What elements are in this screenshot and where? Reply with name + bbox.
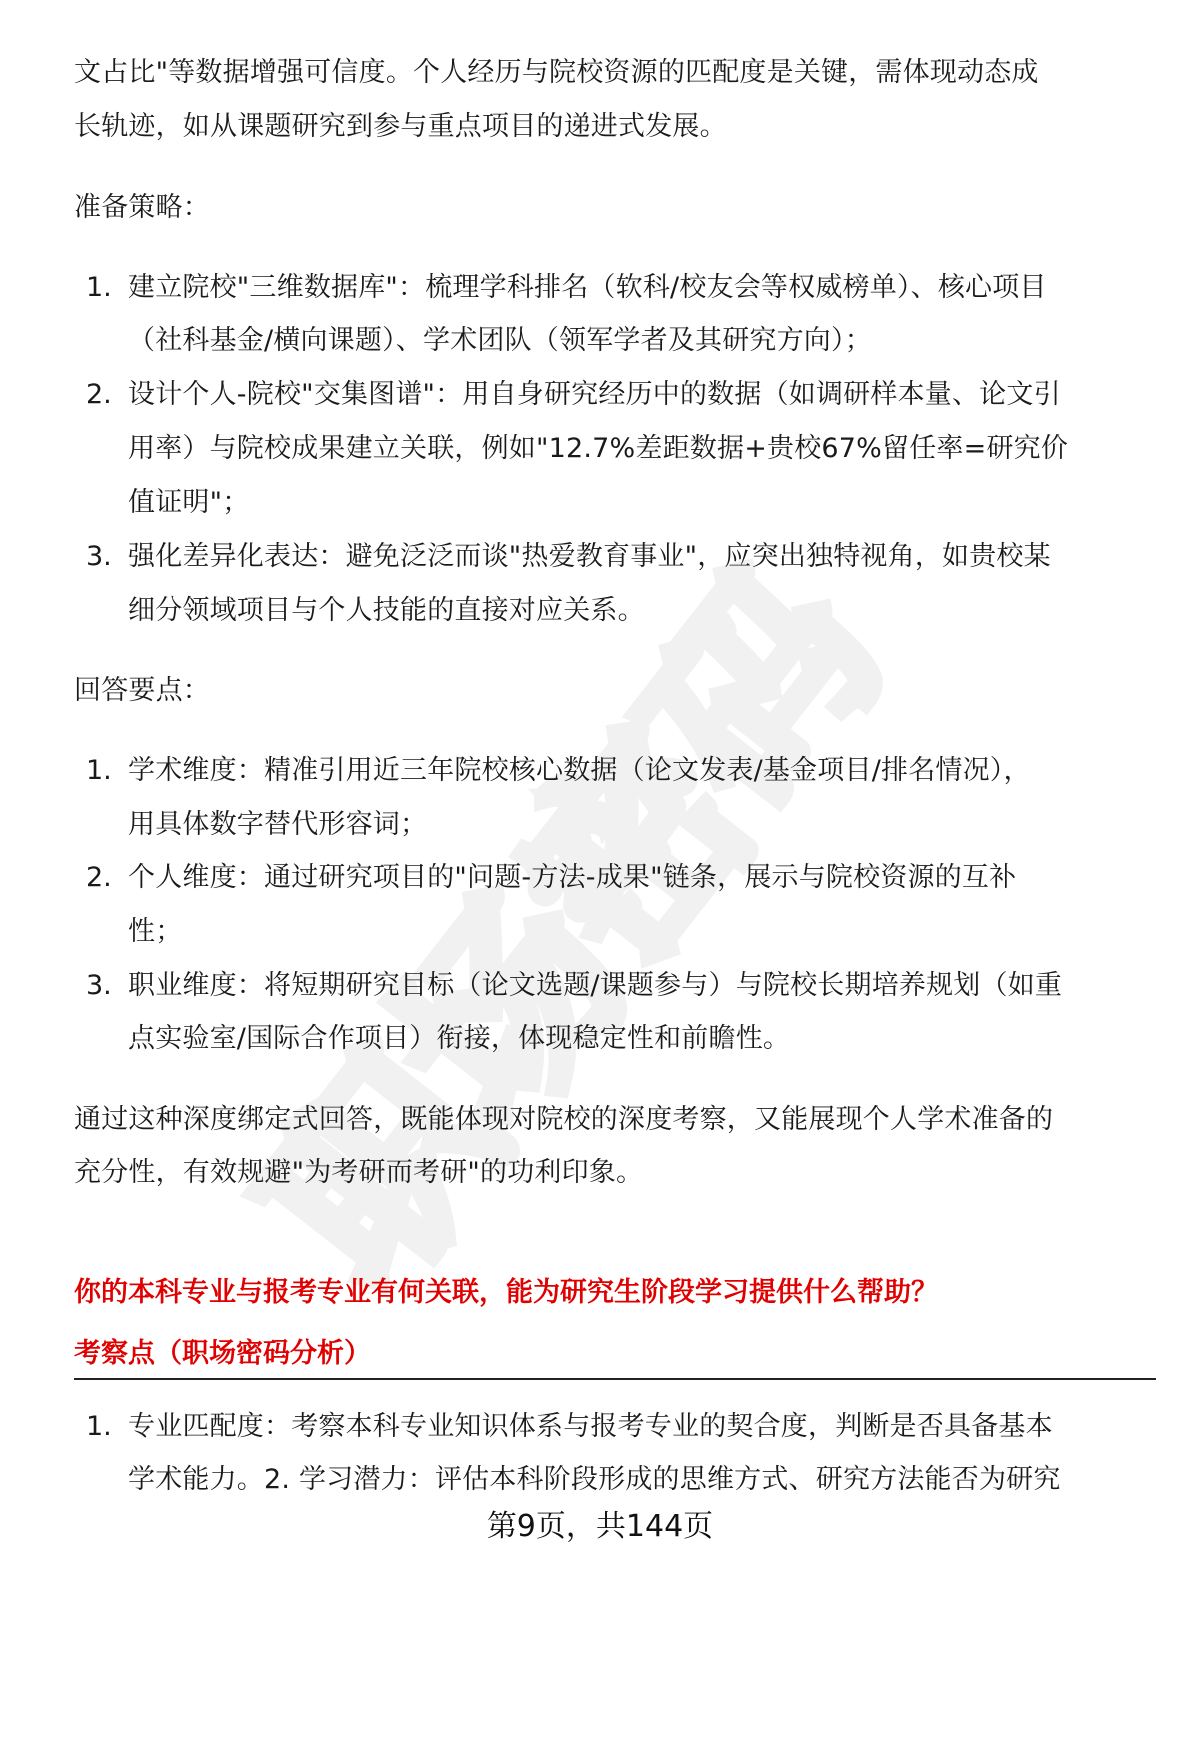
watermark-text: 职场密码	[188, 507, 928, 1336]
intro-line-1: 文占比"等数据增强可信度。个人经历与院校资源的匹配度是关键，需体现动态成	[74, 55, 1039, 91]
analysis-subheading: 考察点（职场密码分析）	[74, 1336, 371, 1372]
list-number: 1.	[86, 1409, 112, 1445]
list-item-line: 用率）与院校成果建立关联，例如"12.7%差距数据+贵校67%留任率=研究价	[128, 431, 1068, 467]
list-item-line: 值证明"；	[128, 485, 249, 521]
list-item-line: 学术能力。2. 学习潜力：评估本科阶段形成的思维方式、研究方法能否为研究	[128, 1462, 1061, 1498]
list-item-line: 个人维度：通过研究项目的"问题-方法-成果"链条，展示与院校资源的互补	[128, 860, 1016, 896]
question-heading: 你的本科专业与报考专业有何关联，能为研究生阶段学习提供什么帮助？	[74, 1275, 938, 1311]
document-page: 职场密码 文占比"等数据增强可信度。个人经历与院校资源的匹配度是关键，需体现动态…	[0, 0, 1200, 1755]
list-item-line: 专业匹配度：考察本科专业知识体系与报考专业的契合度，判断是否具备基本	[128, 1409, 1053, 1445]
conclusion-line-2: 充分性，有效规避"为考研而考研"的功利印象。	[74, 1155, 643, 1191]
answer-section-title: 回答要点：	[74, 673, 210, 709]
list-item-line: 用具体数字替代形容词；	[128, 807, 427, 843]
list-item-line: 设计个人-院校"交集图谱"：用自身研究经历中的数据（如调研样本量、论文引	[128, 377, 1061, 413]
list-item-line: 建立院校"三维数据库"：梳理学科排名（软科/校友会等权威榜单）、核心项目	[128, 270, 1047, 306]
section-divider	[74, 1378, 1156, 1380]
intro-line-2: 长轨迹，如从课题研究到参与重点项目的递进式发展。	[74, 109, 727, 145]
list-item-line: 学术维度：精准引用近三年院校核心数据（论文发表/基金项目/排名情况），	[128, 753, 1031, 789]
list-number: 3.	[86, 539, 112, 575]
page-indicator: 第9页，共144页	[0, 1507, 1200, 1547]
list-item-line: 性；	[128, 914, 182, 950]
strategy-section-title: 准备策略：	[74, 190, 210, 226]
list-item-line: 细分领域项目与个人技能的直接对应关系。	[128, 593, 645, 629]
list-item-line: （社科基金/横向课题）、学术团队（领军学者及其研究方向）；	[128, 323, 872, 359]
list-number: 2.	[86, 377, 112, 413]
list-item-line: 点实验室/国际合作项目）衔接，体现稳定性和前瞻性。	[128, 1021, 790, 1057]
list-number: 3.	[86, 968, 112, 1004]
list-number: 1.	[86, 270, 112, 306]
list-item-line: 职业维度：将短期研究目标（论文选题/课题参与）与院校长期培养规划（如重	[128, 968, 1062, 1004]
conclusion-line-1: 通过这种深度绑定式回答，既能体现对院校的深度考察，又能展现个人学术准备的	[74, 1102, 1053, 1138]
list-number: 2.	[86, 860, 112, 896]
list-item-line: 强化差异化表达：避免泛泛而谈"热爱教育事业"，应突出独特视角，如贵校某	[128, 539, 1051, 575]
list-number: 1.	[86, 753, 112, 789]
